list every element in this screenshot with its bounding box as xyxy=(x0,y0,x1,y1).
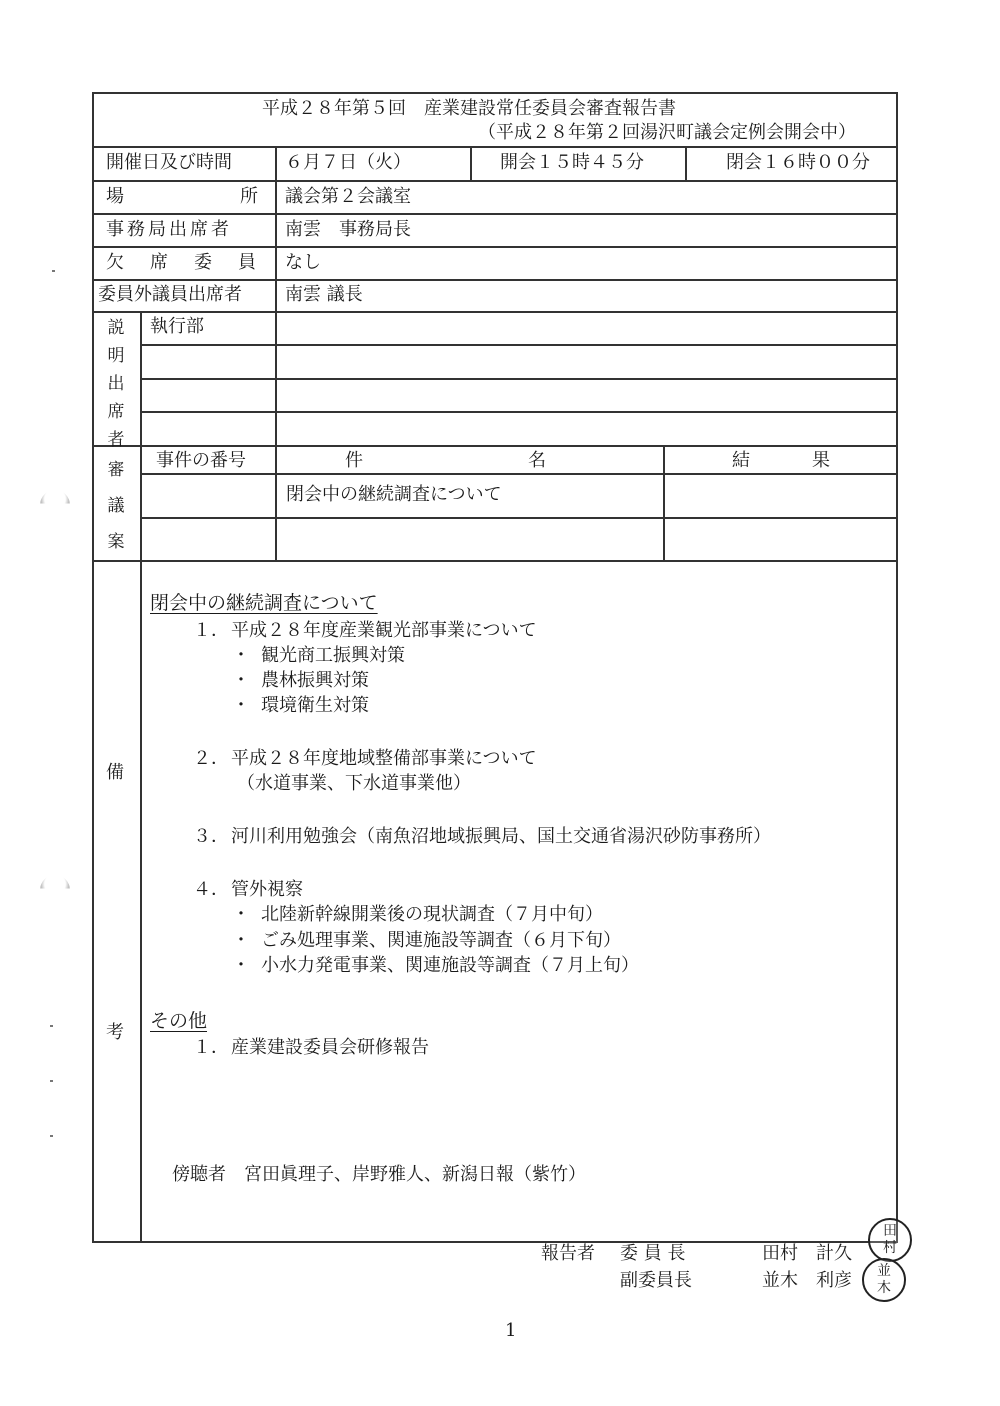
explainer-dept-1: 執行部 xyxy=(150,316,204,338)
item-3-num: ３． xyxy=(193,826,229,848)
remarks-heading: 閉会中の継続調査について xyxy=(150,592,378,614)
absent-label: 欠 席 委 員 xyxy=(106,252,260,274)
deliberation-label: 審 議 案 xyxy=(106,452,126,560)
seal-stamp-chair: 田 村 xyxy=(868,1218,912,1262)
scan-speck xyxy=(50,1135,53,1137)
scan-speck xyxy=(52,270,55,272)
item-1-text: 平成２８年度産業観光部事業について xyxy=(231,620,537,642)
case-name-1: 閉会中の継続調査について xyxy=(286,484,502,506)
item-1-bullet-3: 環境衛生対策 xyxy=(261,695,369,717)
report-title: 平成２８年第５回 産業建設常任委員会審査報告書 xyxy=(262,98,676,120)
item-2-num: ２． xyxy=(193,748,229,770)
header-result-1: 結 xyxy=(732,450,750,472)
punch-hole-top xyxy=(40,490,70,520)
header-result-2: 果 xyxy=(812,450,830,472)
bullet-glyph: ・ xyxy=(232,670,250,692)
place-label-start: 場 xyxy=(106,186,124,208)
other-item-1-num: １． xyxy=(193,1037,229,1059)
chair-name: 田村 計久 xyxy=(762,1243,852,1265)
other-members-label: 委員外議員出席者 xyxy=(98,284,242,306)
reporter-label: 報告者 xyxy=(541,1243,595,1265)
item-1-num: １． xyxy=(193,620,229,642)
audience: 傍聴者 宮田眞理子、岸野雅人、新潟日報（紫竹） xyxy=(172,1164,586,1186)
header-case-name-2: 名 xyxy=(528,450,546,472)
vice-chair-name: 並木 利彦 xyxy=(762,1270,852,1292)
explainers-label: 説 明 出 席 者 xyxy=(106,314,126,454)
other-members-value: 南雲 議長 xyxy=(285,284,363,306)
item-2-text: 平成２８年度地域整備部事業について xyxy=(231,748,537,770)
page-number: 1 xyxy=(505,1320,516,1342)
item-4-bullet-3: 小水力発電事業、関連施設等調査（７月上旬） xyxy=(261,955,639,977)
secretariat-value: 南雲 事務局長 xyxy=(285,219,411,241)
place-label-end: 所 xyxy=(240,186,258,208)
close-time: 閉会１６時００分 xyxy=(726,152,870,174)
vice-chair-title: 副委員長 xyxy=(620,1270,692,1292)
bullet-glyph: ・ xyxy=(232,645,250,667)
date-label: 開催日及び時間 xyxy=(106,152,232,174)
header-case-number: 事件の番号 xyxy=(156,450,246,472)
bullet-glyph: ・ xyxy=(232,904,250,926)
date-value: ６月７日（火） xyxy=(285,152,411,174)
bullet-glyph: ・ xyxy=(232,955,250,977)
item-4-bullet-1: 北陸新幹線開業後の現状調査（７月中旬） xyxy=(261,904,603,926)
other-heading: その他 xyxy=(150,1010,207,1032)
seal-stamp-vice-chair: 並 木 xyxy=(862,1258,906,1302)
chair-title: 委 員 長 xyxy=(620,1243,685,1265)
punch-hole-bottom xyxy=(40,875,70,905)
scan-speck xyxy=(50,1080,53,1082)
remarks-label-1: 備 xyxy=(106,762,124,784)
bullet-glyph: ・ xyxy=(232,695,250,717)
secretariat-label: 事務局出席者 xyxy=(106,219,232,241)
item-4-num: ４． xyxy=(193,879,229,901)
item-1-bullet-1: 観光商工振興対策 xyxy=(261,645,405,667)
absent-value: なし xyxy=(285,252,321,274)
item-1-bullet-2: 農林振興対策 xyxy=(261,670,369,692)
item-4-bullet-2: ごみ処理事業、関連施設等調査（６月下旬） xyxy=(261,930,621,952)
open-time: 開会１５時４５分 xyxy=(500,152,644,174)
item-3-text: 河川利用勉強会（南魚沼地域振興局、国土交通省湯沢砂防事務所） xyxy=(231,826,771,848)
item-4-text: 管外視察 xyxy=(231,879,303,901)
item-2-sub: （水道事業、下水道事業他） xyxy=(237,773,471,795)
scan-speck xyxy=(50,1025,53,1027)
report-subtitle: （平成２８年第２回湯沢町議会定例会開会中） xyxy=(478,122,856,144)
place-value: 議会第２会議室 xyxy=(285,186,411,208)
other-item-1-text: 産業建設委員会研修報告 xyxy=(231,1037,429,1059)
header-case-name-1: 件 xyxy=(345,450,363,472)
remarks-label-2: 考 xyxy=(106,1022,124,1044)
bullet-glyph: ・ xyxy=(232,930,250,952)
